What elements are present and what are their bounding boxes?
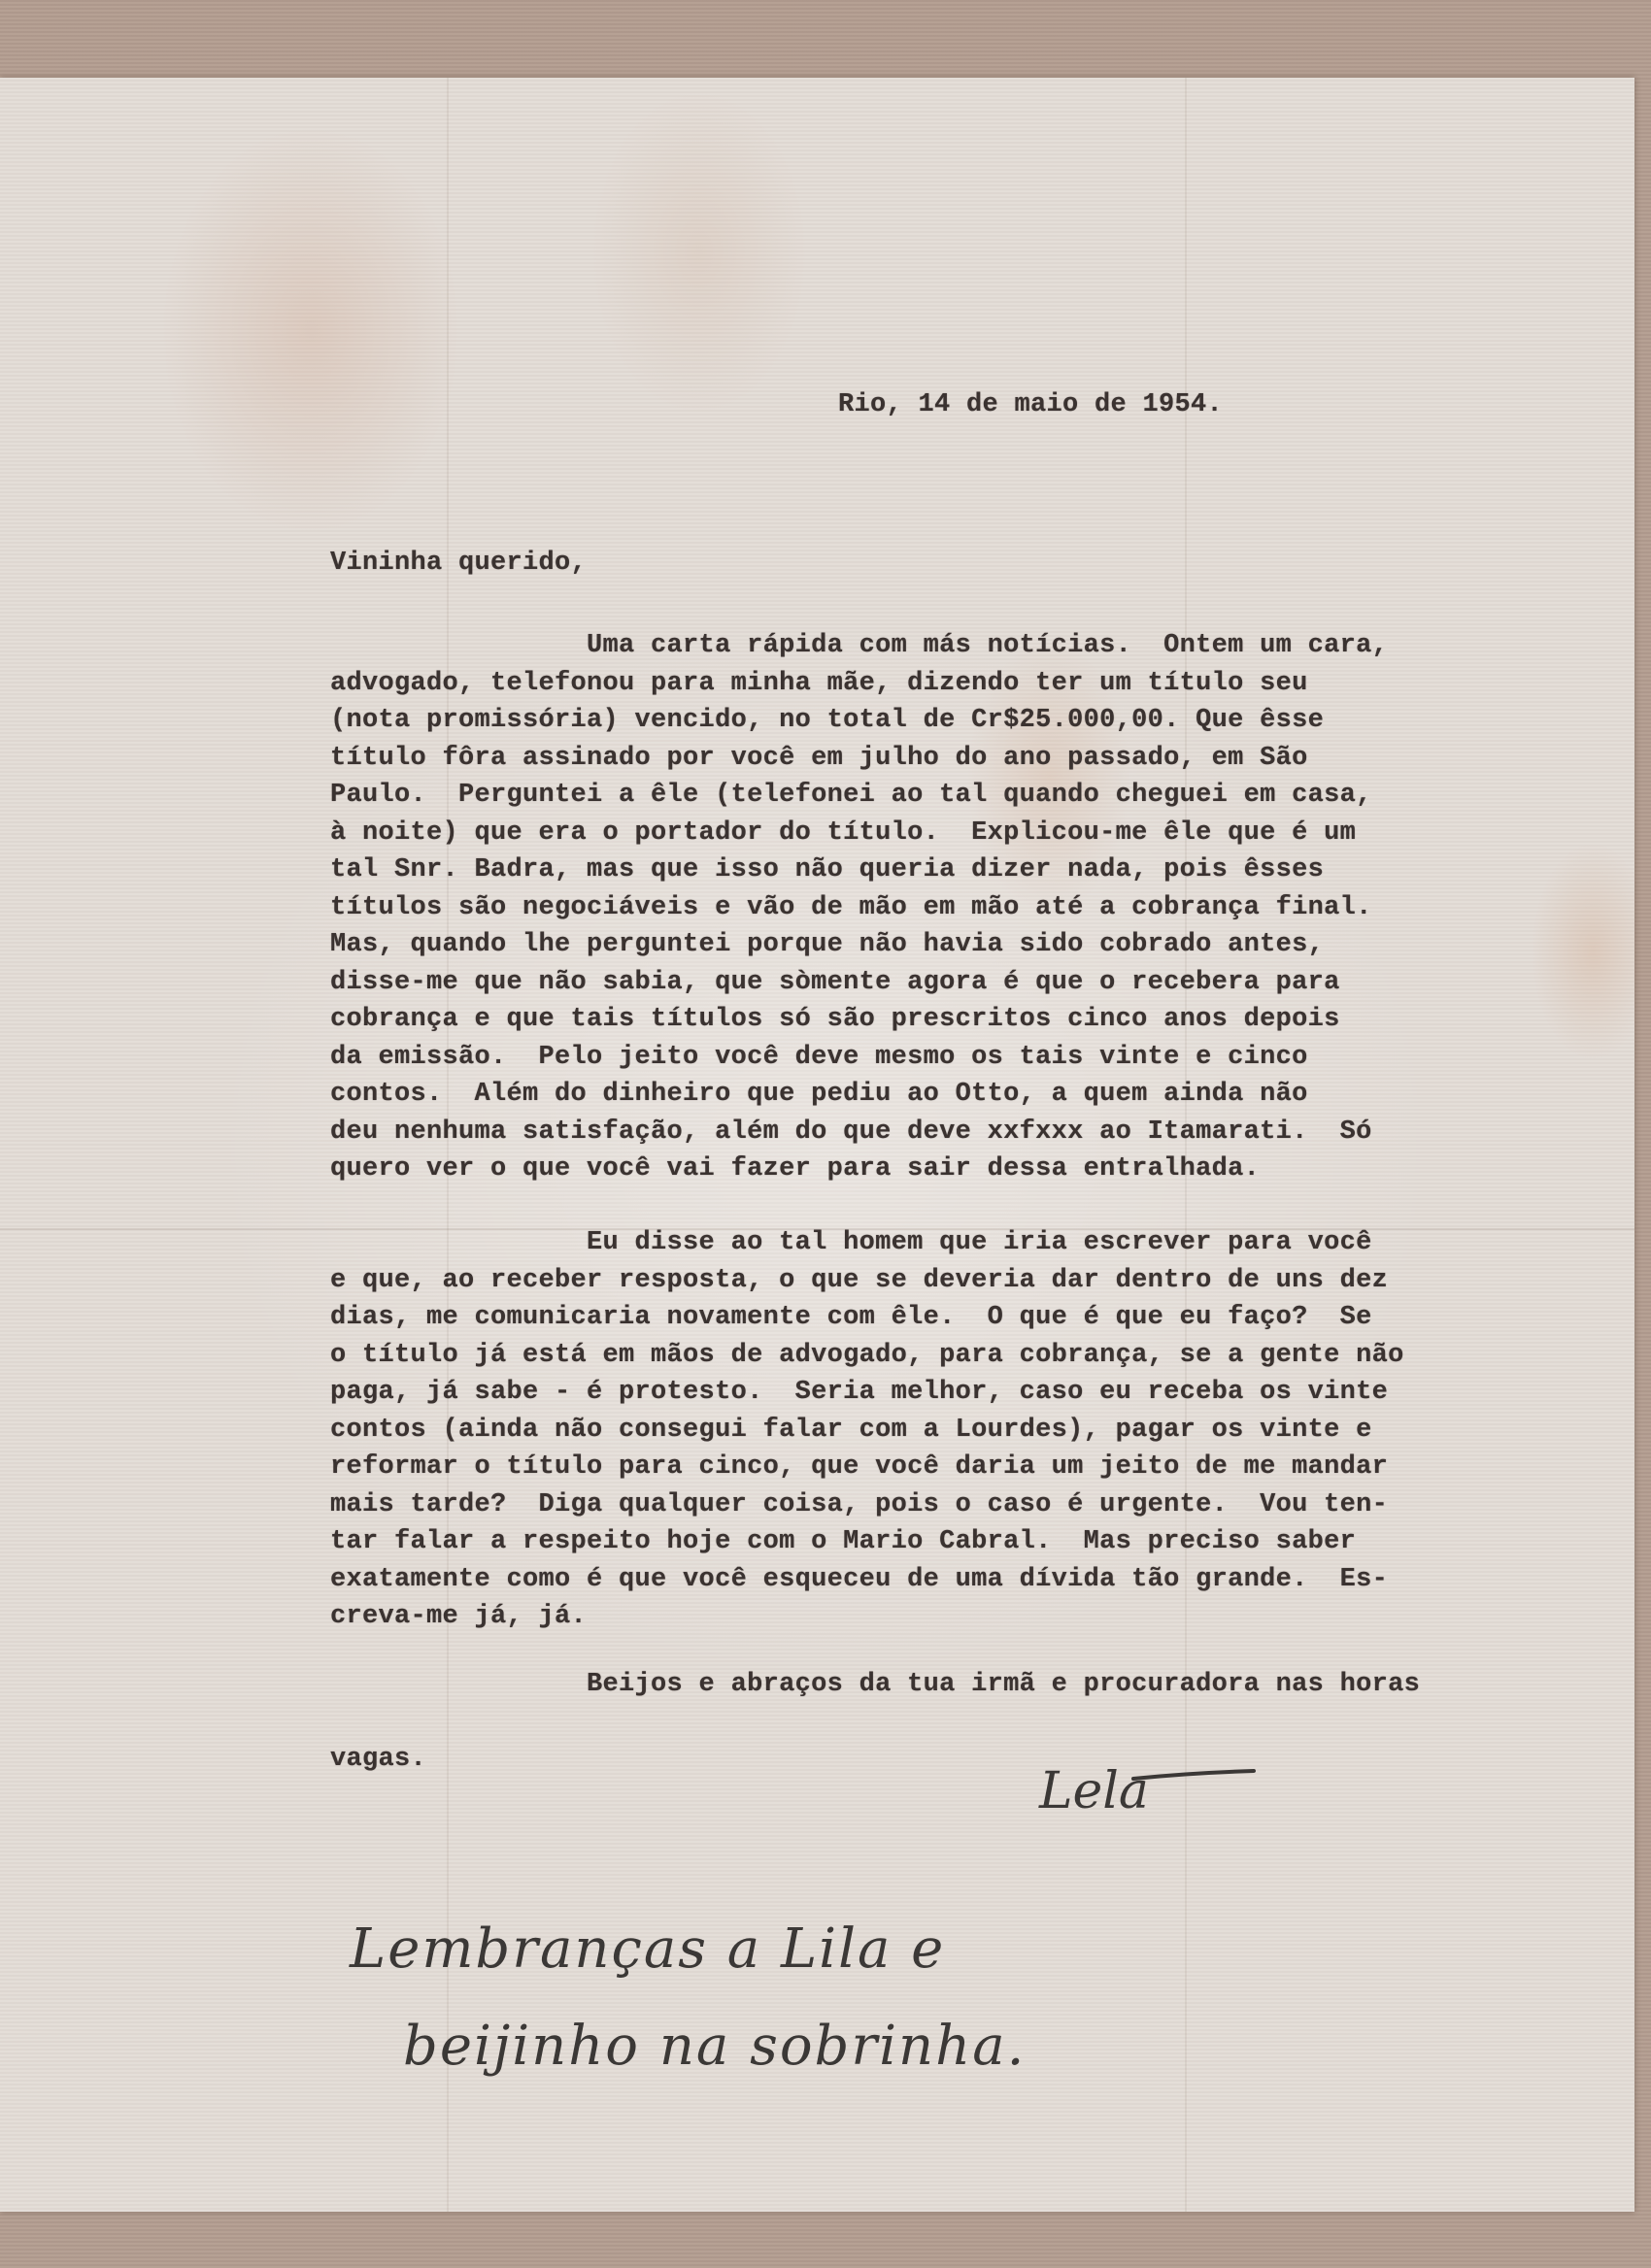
text-line: (nota promissória) vencido, no total de … xyxy=(330,706,1324,735)
text-line: o título já está em mãos de advogado, pa… xyxy=(330,1341,1404,1370)
text-line: exatamente como é que você esqueceu de u… xyxy=(330,1565,1388,1594)
text-line: tar falar a respeito hoje com o Mario Ca… xyxy=(330,1527,1356,1556)
text-line: quero ver o que você vai fazer para sair… xyxy=(330,1154,1260,1184)
text-line: dias, me comunicaria novamente com êle. … xyxy=(330,1303,1372,1332)
text-line: Paulo. Perguntei a êle (telefonei ao tal… xyxy=(330,781,1372,810)
text-line: creva-me já, já. xyxy=(330,1602,587,1631)
text-line: reformar o título para cinco, que você d… xyxy=(330,1452,1388,1482)
text-line: Eu disse ao tal homem que iria escrever … xyxy=(330,1228,1372,1257)
text-line: mais tarde? Diga qualquer coisa, pois o … xyxy=(330,1490,1388,1519)
handwritten-note-line-1: Lembranças a Lila e xyxy=(350,1918,945,1981)
text-line: Beijos e abraços da tua irmã e procurado… xyxy=(330,1670,1420,1699)
text-line: contos. Além do dinheiro que pediu ao Ot… xyxy=(330,1080,1308,1109)
text-line: títulos são negociáveis e vão de mão em … xyxy=(330,893,1372,922)
text-line: advogado, telefonou para minha mãe, dize… xyxy=(330,669,1308,698)
text-line: Uma carta rápida com más notícias. Ontem… xyxy=(330,631,1388,660)
text-line: título fôra assinado por você em julho d… xyxy=(330,744,1308,773)
closing: Beijos e abraços da tua irmã e procurado… xyxy=(330,1670,1593,1806)
letter-page: Rio, 14 de maio de 1954. Vininha querido… xyxy=(0,78,1634,2212)
text-line: Mas, quando lhe perguntei porque não hav… xyxy=(330,930,1324,959)
salutation: Vininha querido, xyxy=(330,549,587,578)
text-line: disse-me que não sabia, que sòmente agor… xyxy=(330,968,1340,997)
date-line: Rio, 14 de maio de 1954. xyxy=(838,390,1223,419)
text-line: à noite) que era o portador do título. E… xyxy=(330,818,1356,848)
text-line: paga, já sabe - é protesto. Seria melhor… xyxy=(330,1378,1388,1407)
text-line: da emissão. Pelo jeito você deve mesmo o… xyxy=(330,1043,1308,1072)
paragraph-1: Uma carta rápida com más notícias. Ontem… xyxy=(330,631,1593,1233)
text-line: tal Snr. Badra, mas que isso não queria … xyxy=(330,855,1324,884)
handwritten-note-line-2: beijinho na sobrinha. xyxy=(403,2015,1026,2078)
signature-flourish xyxy=(1131,1767,1258,1786)
text-line: deu nenhuma satisfação, além do que deve… xyxy=(330,1117,1372,1147)
text-line: contos (ainda não consegui falar com a L… xyxy=(330,1416,1372,1445)
text-line: e que, ao receber resposta, o que se dev… xyxy=(330,1266,1388,1295)
paragraph-2: Eu disse ao tal homem que iria escrever … xyxy=(330,1228,1593,1655)
text-line: vagas. xyxy=(330,1745,426,1774)
text-line: cobrança e que tais títulos só são presc… xyxy=(330,1005,1340,1034)
